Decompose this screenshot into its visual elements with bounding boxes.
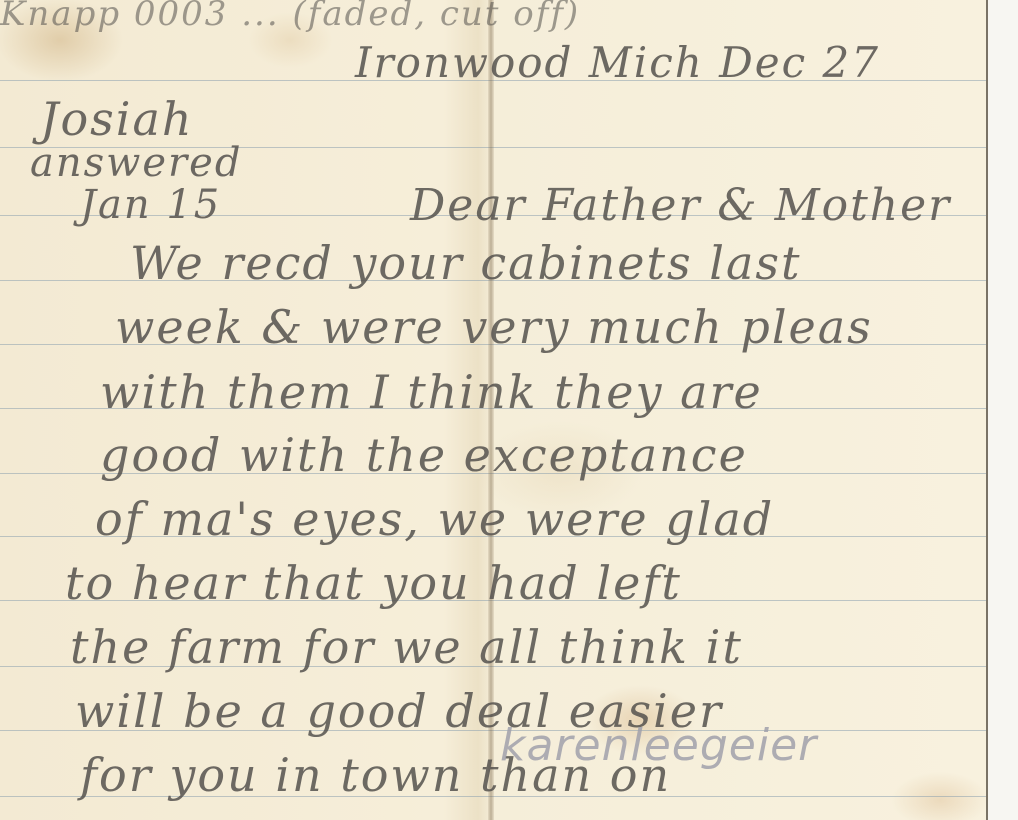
place-date: Ironwood Mich Dec 27: [355, 38, 880, 87]
margin-note-date: Jan 15: [80, 182, 221, 228]
salutation: Dear Father & Mother: [410, 180, 951, 231]
body-line: to hear that you had left: [65, 556, 682, 610]
body-line: good with the exceptance: [100, 428, 748, 482]
body-line: the farm for we all think it: [70, 620, 743, 674]
letter-page: Knapp 0003 ... (faded, cut off) Ironwood…: [0, 0, 988, 820]
body-line: week & were very much pleas: [115, 300, 873, 354]
margin-name: Josiah: [40, 92, 194, 146]
body-line: with them I think they are: [100, 365, 763, 419]
body-line: of ma's eyes, we were glad: [95, 492, 774, 546]
watermark: karenleegeier: [500, 720, 817, 771]
margin-note-answered: answered: [30, 140, 242, 186]
top-scribble: Knapp 0003 ... (faded, cut off): [0, 0, 580, 34]
body-line: We recd your cabinets last: [130, 236, 801, 290]
